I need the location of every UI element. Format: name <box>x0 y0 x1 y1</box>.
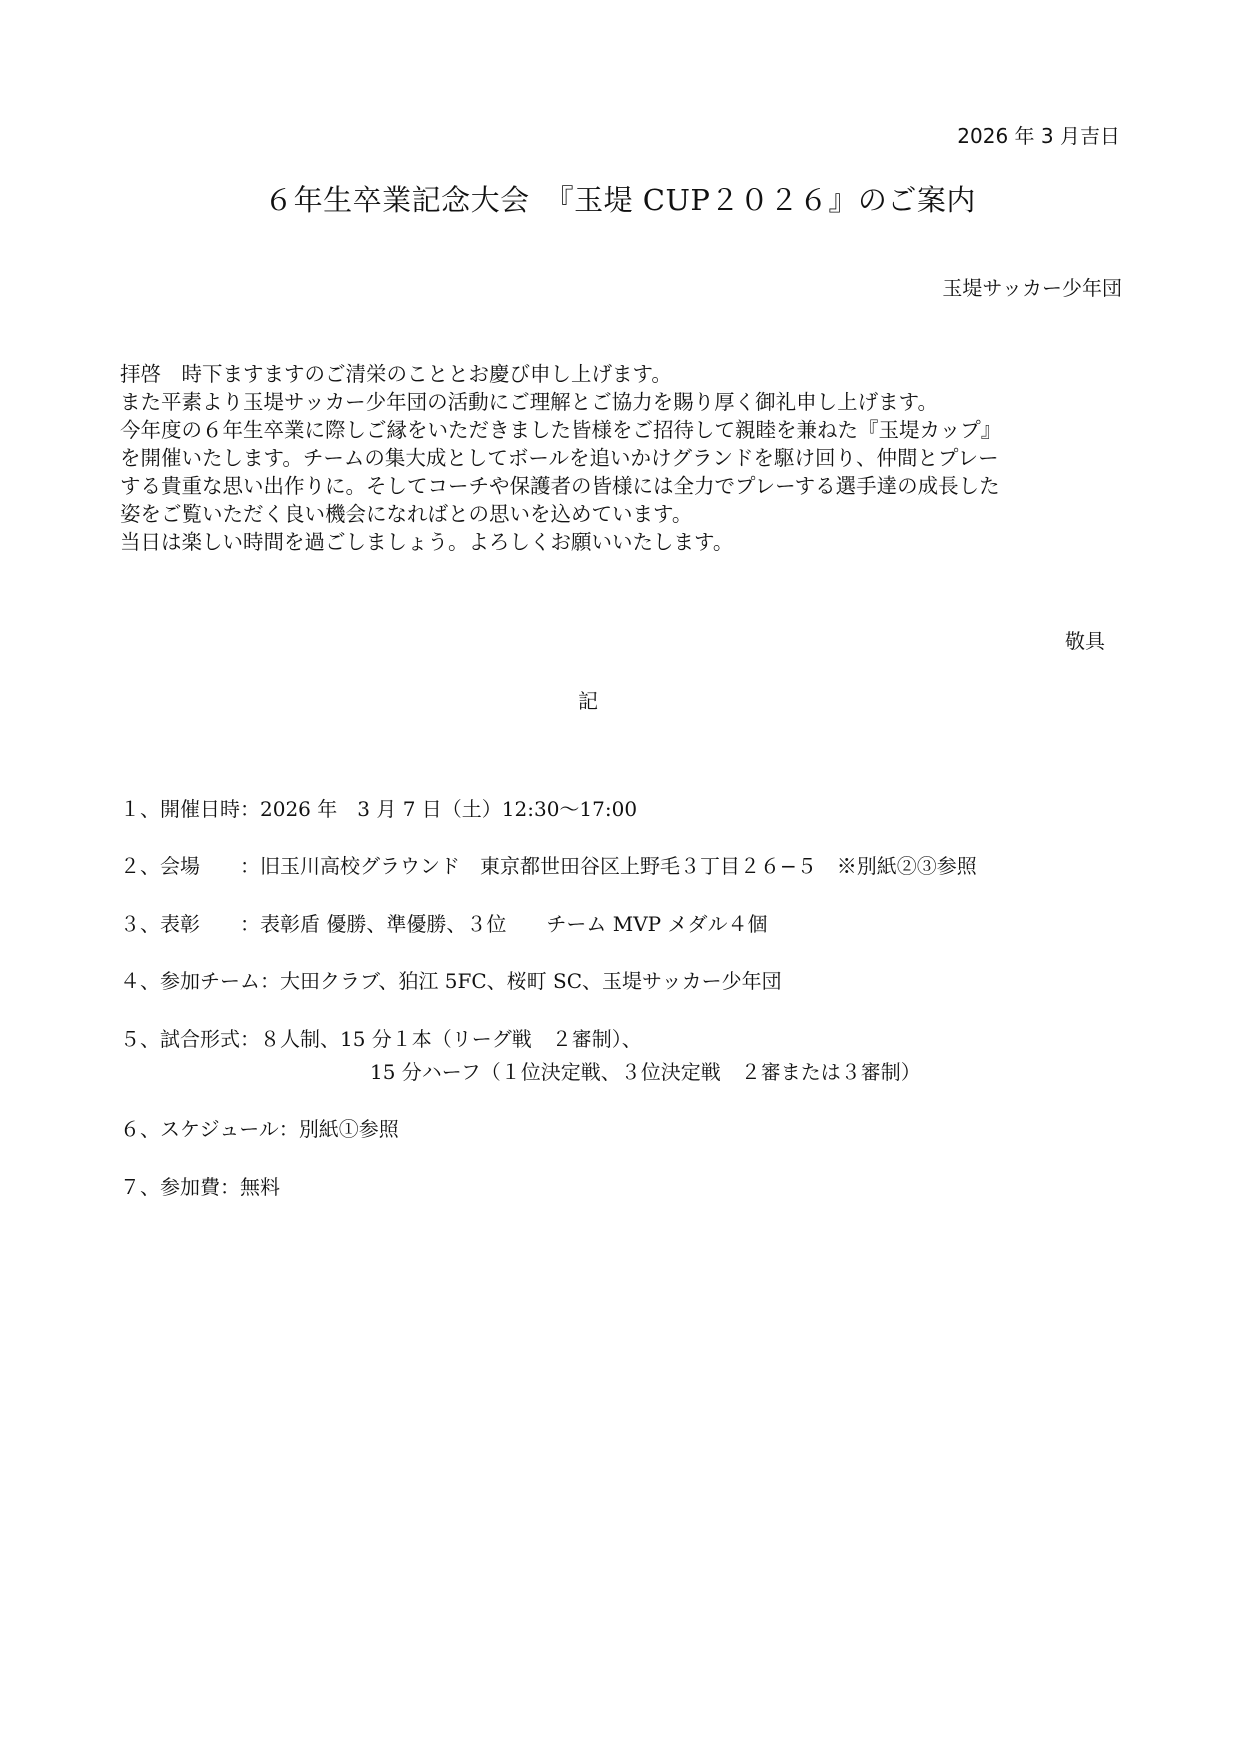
detail-item-format: ５、試合形式：８人制、15 分１本（リーグ戦 ２審制）、 15 分ハーフ（１位決… <box>120 1023 921 1085</box>
greeting-line: する貴重な思い出作りに。そしてコーチや保護者の皆様には全力でプレーする選手達の成… <box>120 472 1130 500</box>
detail-value: 別紙①参照 <box>299 1117 399 1141</box>
detail-value: 無料 <box>240 1175 280 1199</box>
detail-item-schedule: ６、スケジュール：別紙①参照 <box>120 1113 399 1142</box>
detail-value: 2026 年 3 月 7 日（土）12:30～17:00 <box>260 797 637 821</box>
detail-value: 旧玉川高校グラウンド 東京都世田谷区上野毛３丁目２６−５ ※別紙②③参照 <box>260 854 977 878</box>
detail-item-fee: ７、参加費：無料 <box>120 1171 280 1200</box>
detail-value: ８人制、15 分１本（リーグ戦 ２審制）、 <box>260 1027 642 1051</box>
detail-item-date: １、開催日時：2026 年 3 月 7 日（土）12:30～17:00 <box>120 793 637 822</box>
document-page: 2026 年 3 月吉日 ６年生卒業記念大会 『玉堤 CUP２０２６』のご案内 … <box>0 0 1240 1754</box>
detail-label: ４、参加チーム： <box>120 969 280 993</box>
greeting-line: 姿をご覧いただく良い機会になればとの思いを込めています。 <box>120 500 1130 528</box>
closing-word: 敬具 <box>1065 625 1105 654</box>
detail-item-teams: ４、参加チーム：大田クラブ、狛江 5FC、桜町 SC、玉堤サッカー少年団 <box>120 965 782 994</box>
greeting-line: 拝啓 時下ますますのご清栄のこととお慶び申し上げます。 <box>120 360 1130 388</box>
detail-value: 大田クラブ、狛江 5FC、桜町 SC、玉堤サッカー少年団 <box>280 969 782 993</box>
detail-value: 表彰盾 優勝、準優勝、３位 チーム MVP メダル４個 <box>260 912 767 936</box>
greeting-line: 当日は楽しい時間を過ごしましょう。よろしくお願いいたします。 <box>120 528 1130 556</box>
detail-label: ３、表彰 ： <box>120 912 260 936</box>
greeting-body: 拝啓 時下ますますのご清栄のこととお慶び申し上げます。 また平素より玉堤サッカー… <box>120 360 1130 556</box>
detail-item-venue: ２、会場 ：旧玉川高校グラウンド 東京都世田谷区上野毛３丁目２６−５ ※別紙②③… <box>120 850 977 879</box>
detail-label: ６、スケジュール： <box>120 1117 299 1141</box>
issue-date: 2026 年 3 月吉日 <box>957 120 1120 149</box>
detail-item-awards: ３、表彰 ：表彰盾 優勝、準優勝、３位 チーム MVP メダル４個 <box>120 908 767 937</box>
greeting-line: を開催いたします。チームの集大成としてボールを追いかけグランドを駆け回り、仲間と… <box>120 444 1130 472</box>
detail-label: ２、会場 ： <box>120 854 260 878</box>
greeting-line: 今年度の６年生卒業に際しご縁をいただきました皆様をご招待して親睦を兼ねた『玉堤カ… <box>120 416 1130 444</box>
document-title: ６年生卒業記念大会 『玉堤 CUP２０２６』のご案内 <box>0 178 1240 219</box>
organization-name: 玉堤サッカー少年団 <box>942 272 1122 301</box>
detail-value-continued: 15 分ハーフ（１位決定戦、３位決定戦 ２審または３審制） <box>120 1056 921 1085</box>
detail-label: ５、試合形式： <box>120 1027 260 1051</box>
details-heading: 記 <box>578 685 598 714</box>
detail-label: ７、参加費： <box>120 1175 240 1199</box>
greeting-line: また平素より玉堤サッカー少年団の活動にご理解とご協力を賜り厚く御礼申し上げます。 <box>120 388 1130 416</box>
detail-label: １、開催日時： <box>120 797 260 821</box>
